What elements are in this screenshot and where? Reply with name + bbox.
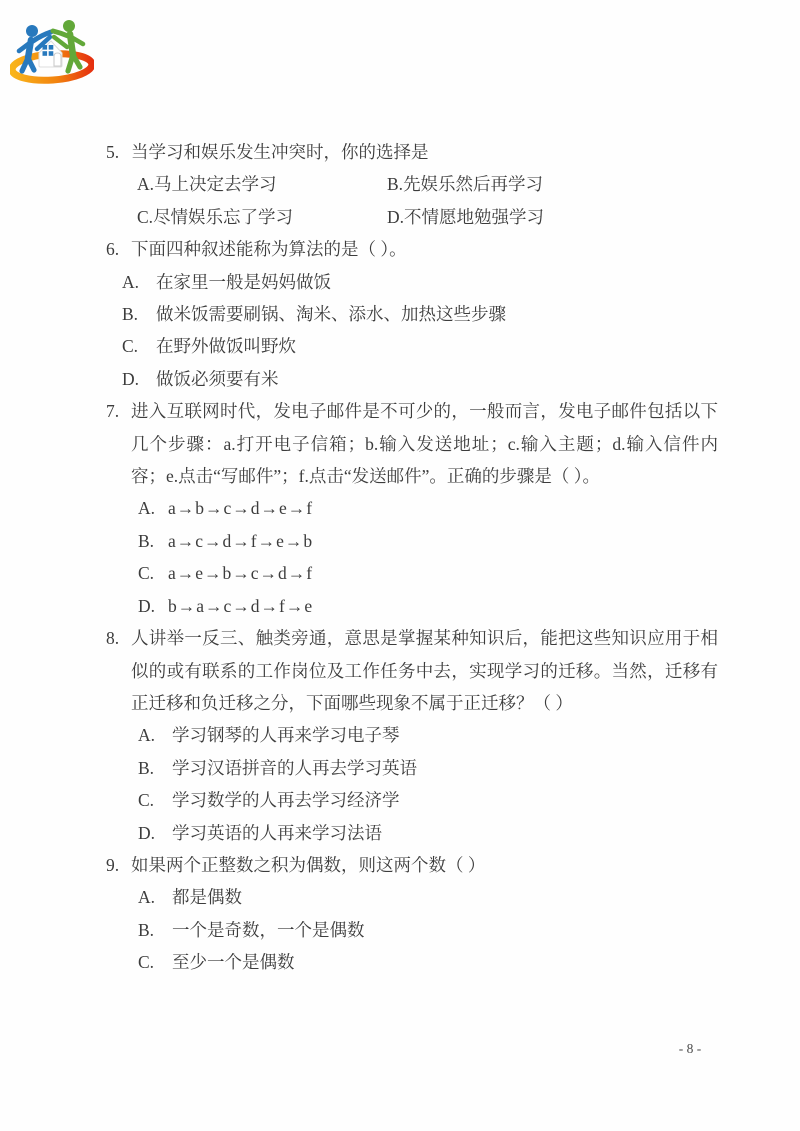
question-item: 7. 进入互联网时代，发电子邮件是不可少的，一般而言，发电子邮件包括以下几个步骤… — [106, 395, 718, 622]
option-label: D. — [138, 590, 168, 622]
option-label: D. — [122, 363, 156, 395]
option-text: 学习汉语拼音的人再去学习英语 — [172, 758, 417, 778]
option-label: C. — [138, 557, 168, 589]
options-group: A.在家里一般是妈妈做饭 B.做米饭需要刷锅、淘米、添水、加热这些步骤 C.在野… — [122, 266, 718, 396]
option-label: A. — [138, 881, 172, 913]
options-group: A.马上决定去学习 B.先娱乐然后再学习 C.尽情娱乐忘了学习 D.不情愿地勉强… — [137, 168, 718, 233]
option-text: 马上决定去学习 — [154, 174, 277, 194]
option-row: C.学习数学的人再去学习经济学 — [138, 784, 718, 816]
question-item: 9. 如果两个正整数之积为偶数，则这两个数（ ） A.都是偶数 B.一个是奇数，… — [106, 849, 718, 979]
question-text: 进入互联网时代，发电子邮件是不可少的，一般而言，发电子邮件包括以下几个步骤：a.… — [131, 395, 718, 492]
question-number: 7. — [106, 395, 131, 622]
option-row: B.a→c→d→f→e→b — [138, 525, 718, 557]
option-label: C. — [137, 207, 153, 227]
option-label: D. — [387, 207, 404, 227]
option-text: a→b→c→d→e→f — [168, 498, 313, 518]
question-text: 当学习和娱乐发生冲突时，你的选择是 — [131, 136, 718, 168]
option-label: A. — [138, 719, 172, 751]
option-row: C.在野外做饭叫野炊 — [122, 330, 718, 362]
option-text: a→c→d→f→e→b — [168, 531, 313, 551]
option-row: D.学习英语的人再来学习法语 — [138, 817, 718, 849]
house-door-icon — [54, 53, 61, 66]
option-label: A. — [122, 266, 156, 298]
option-row: B.做米饭需要刷锅、淘米、添水、加热这些步骤 — [122, 298, 718, 330]
option-row: A.马上决定去学习 — [137, 168, 387, 200]
question-item: 5. 当学习和娱乐发生冲突时，你的选择是 A.马上决定去学习 B.先娱乐然后再学… — [106, 136, 718, 233]
option-row: A.在家里一般是妈妈做饭 — [122, 266, 718, 298]
option-text: b→a→c→d→f→e — [168, 596, 313, 616]
option-row: B.先娱乐然后再学习 — [387, 168, 718, 200]
option-row: A.a→b→c→d→e→f — [138, 492, 718, 524]
option-row: C.至少一个是偶数 — [138, 946, 718, 978]
document-page: 5. 当学习和娱乐发生冲突时，你的选择是 A.马上决定去学习 B.先娱乐然后再学… — [0, 0, 800, 1131]
options-group: A.学习钢琴的人再来学习电子琴 B.学习汉语拼音的人再去学习英语 C.学习数学的… — [138, 719, 718, 849]
option-text: 学习数学的人再去学习经济学 — [172, 790, 400, 810]
question-text: 人讲举一反三、触类旁通，意思是掌握某种知识后，能把这些知识应用于相似的或有联系的… — [131, 622, 718, 719]
option-text: 不情愿地勉强学习 — [404, 207, 544, 227]
option-label: B. — [138, 525, 168, 557]
option-label: C. — [138, 784, 172, 816]
option-row: B.一个是奇数，一个是偶数 — [138, 914, 718, 946]
option-text: 做米饭需要刷锅、淘米、添水、加热这些步骤 — [156, 304, 506, 324]
question-number: 8. — [106, 622, 131, 849]
option-label: A. — [138, 492, 168, 524]
option-row: D.不情愿地勉强学习 — [387, 201, 718, 233]
option-label: C. — [138, 946, 172, 978]
option-label: A. — [137, 174, 154, 194]
question-item: 8. 人讲举一反三、触类旁通，意思是掌握某种知识后，能把这些知识应用于相似的或有… — [106, 622, 718, 849]
option-text: 至少一个是偶数 — [172, 952, 295, 972]
option-text: 都是偶数 — [172, 887, 242, 907]
option-text: 在家里一般是妈妈做饭 — [156, 272, 331, 292]
options-group: A.都是偶数 B.一个是奇数，一个是偶数 C.至少一个是偶数 — [138, 881, 718, 978]
option-row: C.尽情娱乐忘了学习 — [137, 201, 387, 233]
family-house-logo-icon — [10, 12, 94, 84]
option-text: a→e→b→c→d→f — [168, 563, 313, 583]
option-row: D.做饭必须要有米 — [122, 363, 718, 395]
options-group: A.a→b→c→d→e→f B.a→c→d→f→e→b C.a→e→b→c→d→… — [138, 492, 718, 622]
option-text: 学习英语的人再来学习法语 — [172, 823, 382, 843]
option-row: B.学习汉语拼音的人再去学习英语 — [138, 752, 718, 784]
question-text: 如果两个正整数之积为偶数，则这两个数（ ） — [131, 849, 718, 881]
option-label: B. — [122, 298, 156, 330]
question-number: 5. — [106, 136, 131, 233]
option-label: C. — [122, 330, 156, 362]
option-text: 做饭必须要有米 — [156, 369, 279, 389]
question-number: 9. — [106, 849, 131, 979]
questions-list: 5. 当学习和娱乐发生冲突时，你的选择是 A.马上决定去学习 B.先娱乐然后再学… — [106, 136, 718, 979]
option-text: 在野外做饭叫野炊 — [156, 336, 296, 356]
option-row: A.学习钢琴的人再来学习电子琴 — [138, 719, 718, 751]
option-label: B. — [387, 174, 403, 194]
option-row: A.都是偶数 — [138, 881, 718, 913]
question-text: 下面四种叙述能称为算法的是（ ）。 — [131, 233, 718, 265]
page-number: - 8 - — [660, 1041, 720, 1057]
option-label: B. — [138, 914, 172, 946]
option-row: C.a→e→b→c→d→f — [138, 557, 718, 589]
option-text: 尽情娱乐忘了学习 — [153, 207, 293, 227]
option-text: 先娱乐然后再学习 — [403, 174, 543, 194]
option-text: 一个是奇数，一个是偶数 — [172, 920, 365, 940]
option-text: 学习钢琴的人再来学习电子琴 — [172, 725, 400, 745]
question-item: 6. 下面四种叙述能称为算法的是（ ）。 A.在家里一般是妈妈做饭 B.做米饭需… — [106, 233, 718, 395]
option-label: D. — [138, 817, 172, 849]
option-row: D.b→a→c→d→f→e — [138, 590, 718, 622]
option-label: B. — [138, 752, 172, 784]
